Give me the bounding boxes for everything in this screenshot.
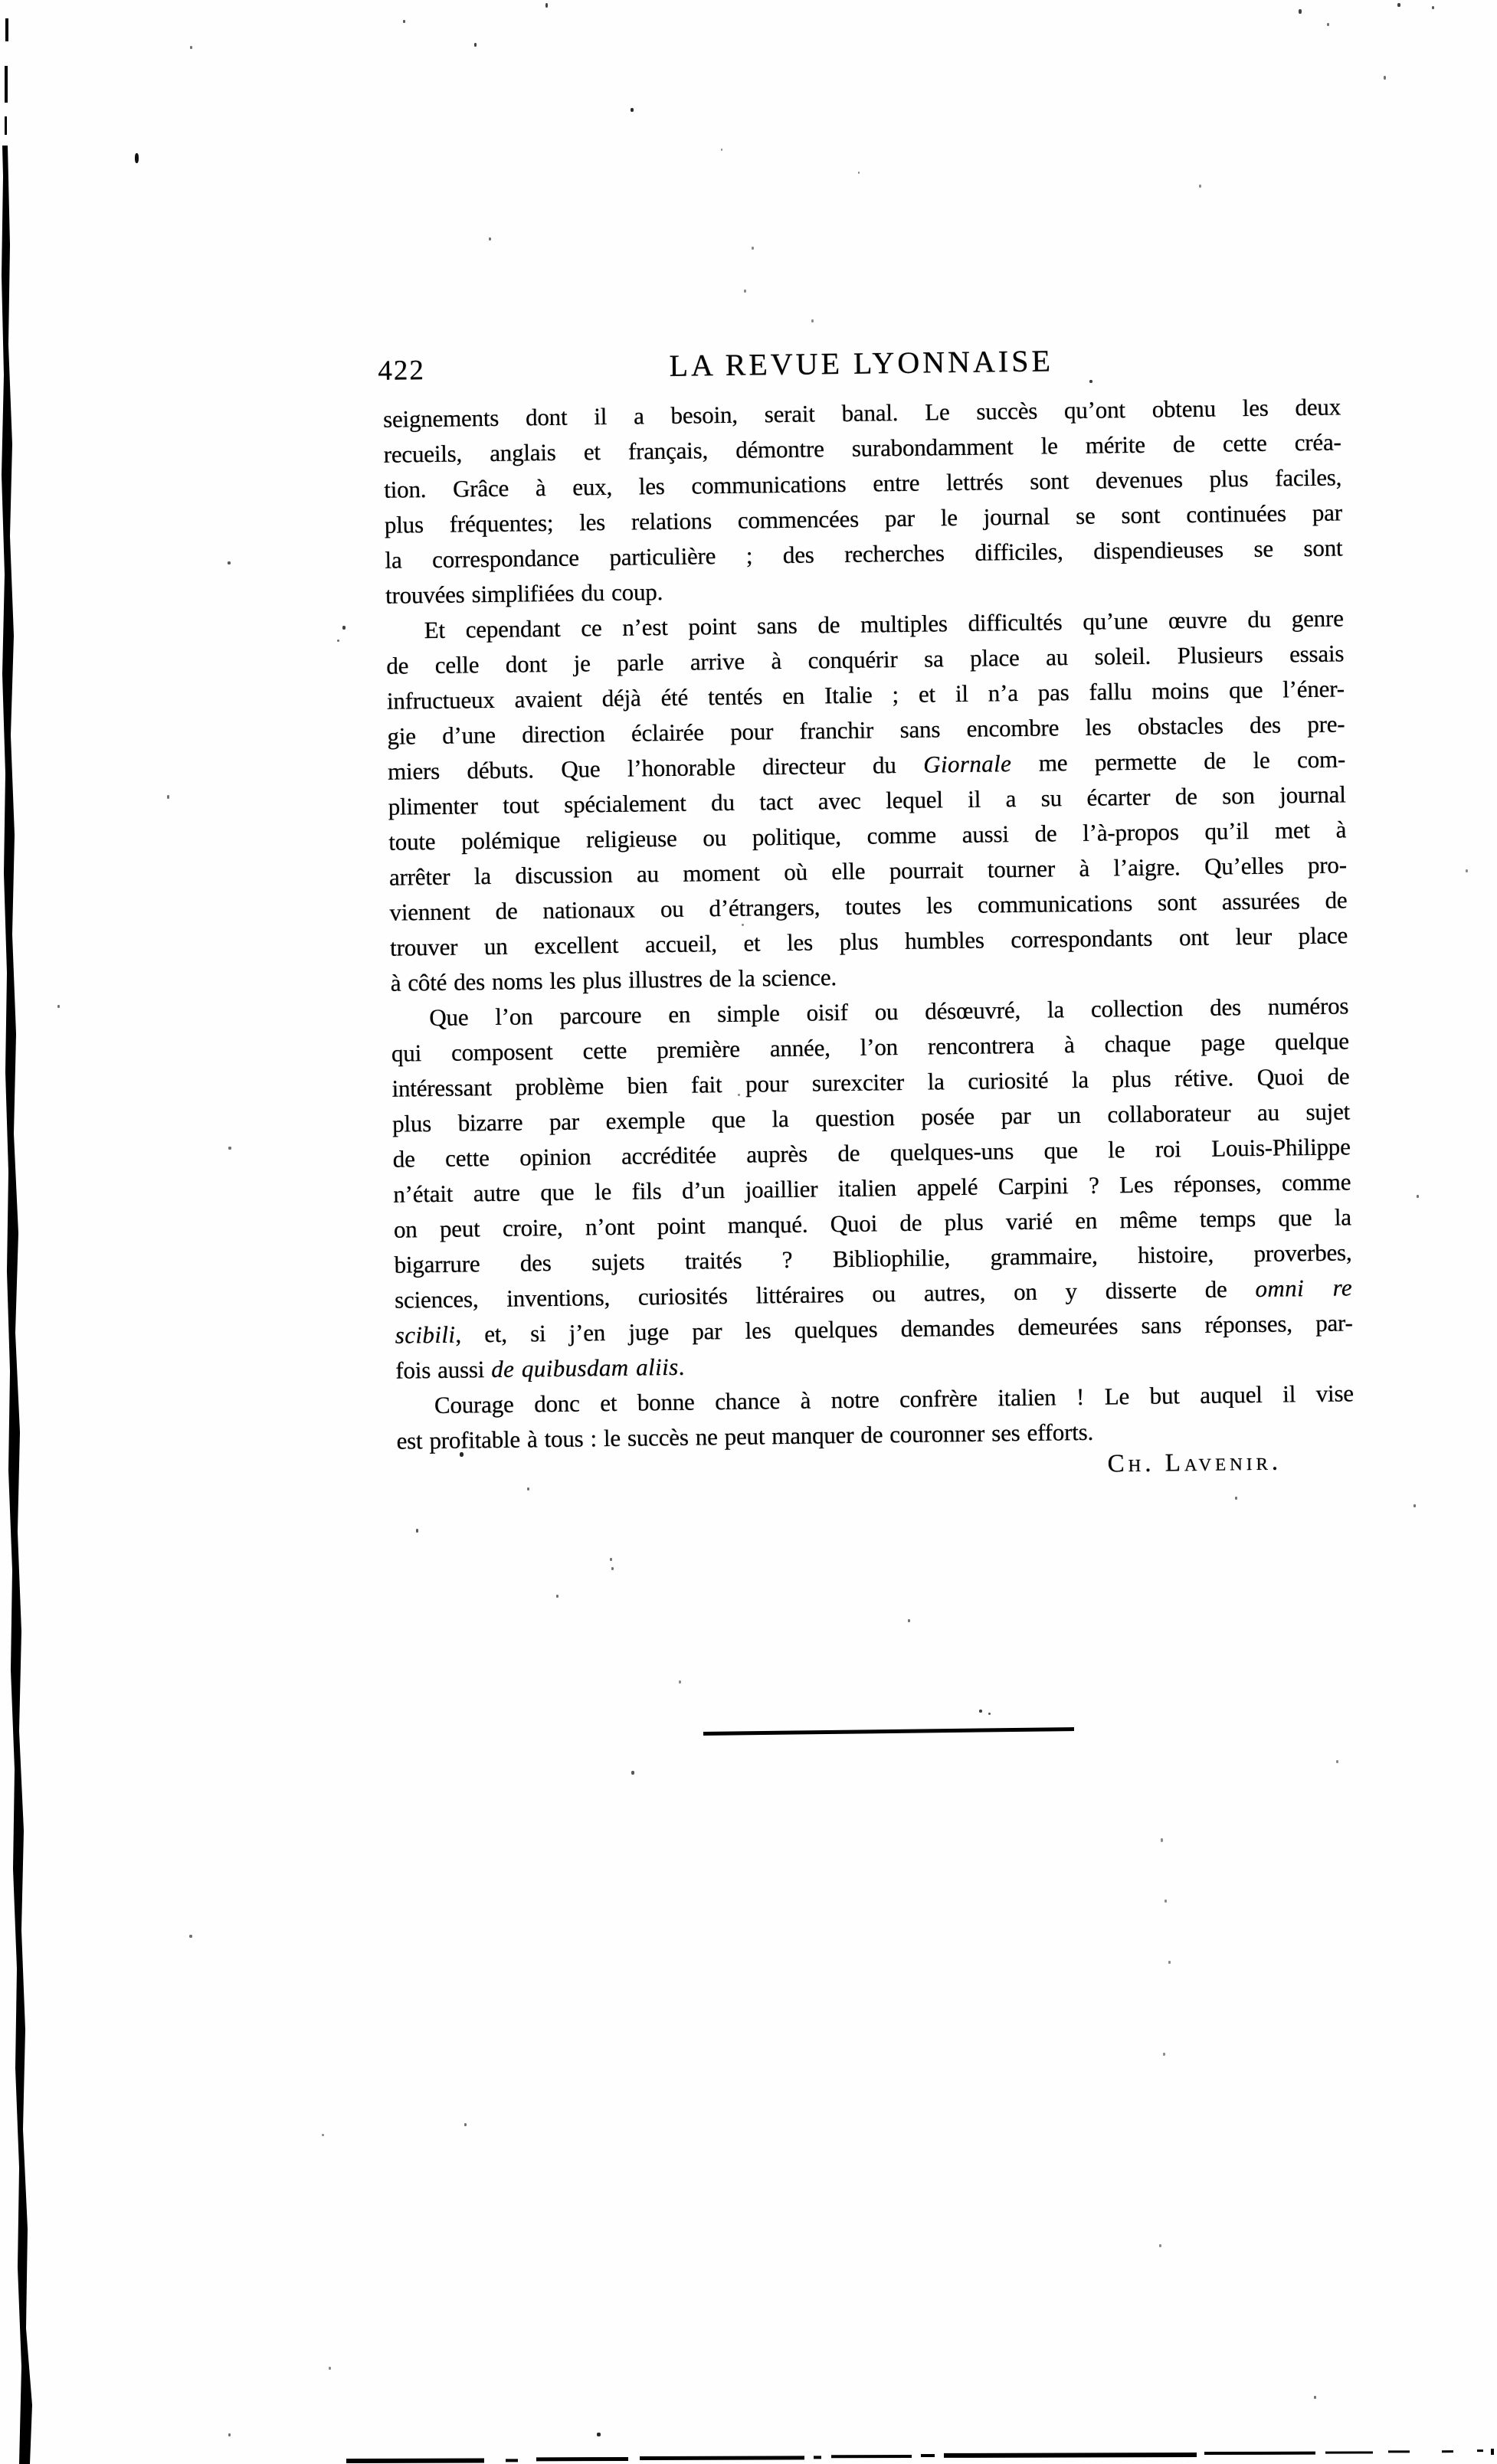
ink-speck [1235,1497,1237,1500]
ink-speck [597,2433,601,2436]
running-title: LA REVUE LYONNAISE [382,331,1341,387]
ink-speck [189,1935,192,1938]
ink-speck [1161,1838,1163,1842]
ink-speck [1413,1504,1416,1507]
article-body: seignements dont il a besoin, serait ban… [383,389,1355,1491]
ink-speck [135,153,139,163]
ink-speck [908,1619,910,1622]
ink-speck [416,1529,418,1533]
ink-speck [1336,1760,1338,1763]
ink-speck [545,3,548,8]
ink-speck [1165,1900,1167,1903]
ink-speck [1168,1961,1171,1964]
paragraph: Que l’on parcoure en simple oisif ou dés… [391,988,1354,1388]
ink-speck [744,290,746,293]
ink-speck [631,1771,634,1775]
ink-speck [527,1487,529,1491]
ink-speck [679,1680,681,1684]
ink-speck [988,1713,991,1715]
ink-speck [403,20,405,23]
ink-speck [337,640,339,642]
ink-speck [811,319,814,322]
ink-speck [1299,9,1302,14]
binding-shadow [0,0,46,2464]
ink-speck [1089,380,1092,383]
ink-speck [167,795,169,799]
ink-speck [1199,185,1201,188]
scanned-page: 422 LA REVUE LYONNAISE seignements dont … [0,0,1497,2464]
ink-speck [342,626,346,630]
ink-speck [1397,3,1400,7]
ink-speck [1384,76,1386,80]
ink-speck [979,1710,982,1713]
paragraph: seignements dont il a besoin, serait ban… [383,389,1344,613]
ink-speck [738,1094,740,1096]
ink-speck [610,1558,612,1561]
print-area: 422 LA REVUE LYONNAISE seignements dont … [382,331,1356,1553]
ink-speck [721,149,722,151]
ink-speck [742,924,744,926]
paragraph: Et cependant ce n’est point sans de mult… [385,600,1348,1000]
paragraphs-container: seignements dont il a besoin, serait ban… [383,389,1355,1458]
ink-speck [858,172,860,174]
page-bottom-edge-artifact [345,2449,1497,2464]
ink-speck [228,2433,231,2436]
ink-speck [228,561,231,564]
ink-speck [460,1452,464,1457]
ink-speck [1466,869,1468,872]
ink-speck [1327,23,1329,26]
ink-speck [190,46,192,49]
ink-speck [228,1147,231,1150]
ink-speck [1163,2053,1165,2056]
ink-speck [1432,6,1434,9]
ink-speck [57,1005,60,1008]
ink-speck [631,108,634,112]
ink-speck [464,2123,467,2126]
ink-speck [322,2134,324,2136]
ink-speck [752,247,754,250]
ink-speck [556,1595,559,1598]
ink-speck [1417,1195,1419,1198]
ink-speck [1159,2244,1161,2247]
section-separator-rule [703,1727,1074,1736]
ink-speck [611,1567,614,1570]
ink-speck [329,2367,331,2370]
ink-speck [474,43,477,47]
page-number: 422 [378,354,425,388]
ink-speck [1314,2396,1316,2399]
ink-speck [489,237,491,241]
